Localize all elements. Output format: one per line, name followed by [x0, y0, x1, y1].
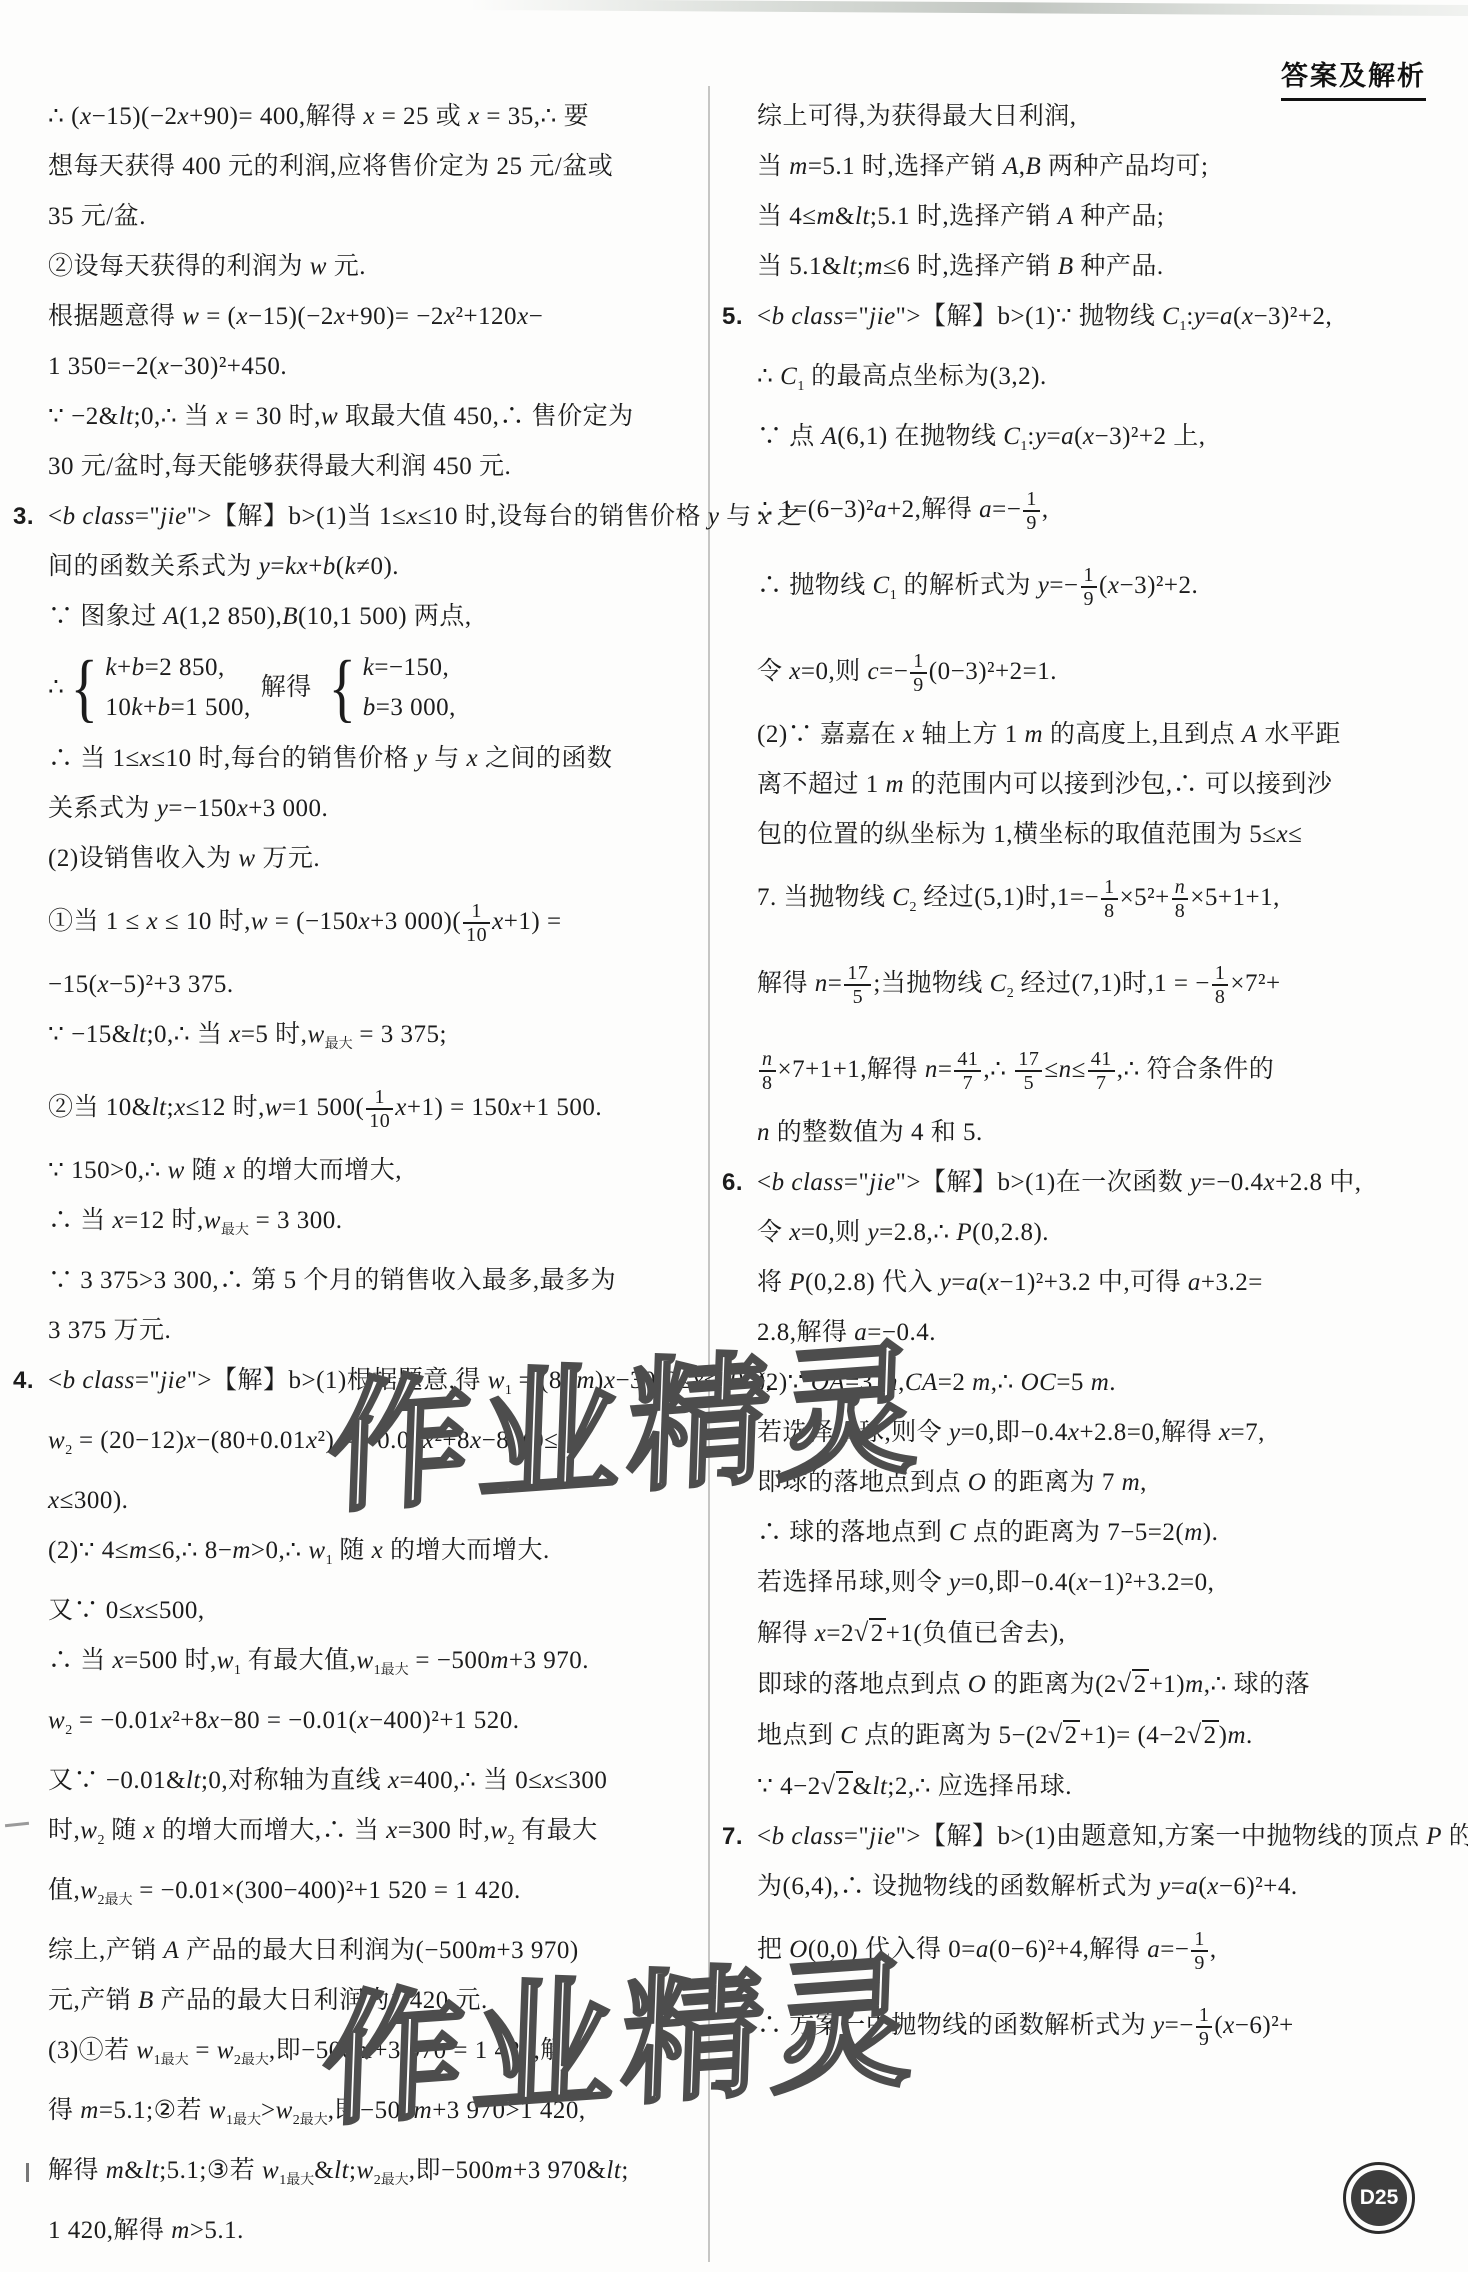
text-line: 若选择吊球,则令 y=0,即−0.4(x−1)²+3.2=0,	[757, 1558, 1457, 1608]
text-line: 时,w2 随 x 的增大而增大,∴ 当 x=300 时,w2 有最大	[48, 1806, 709, 1866]
subscript: 1	[326, 1553, 333, 1568]
column-right: 综上可得,为获得最大日利润,当 m=5.1 时,选择产销 A,B 两种产品均可;…	[723, 0, 1457, 2064]
text-line: 将 P(0,2.8) 代入 y=a(x−1)²+3.2 中,可得 a+3.2=	[757, 1258, 1457, 1308]
sqrt: √2	[1117, 1671, 1149, 1698]
brace: {	[71, 650, 99, 726]
subscript: 1最大	[226, 2113, 261, 2128]
fraction: 110	[463, 900, 490, 946]
subscript: 2最大	[97, 1893, 132, 1908]
fraction: 18	[1212, 962, 1229, 1008]
text-line: 间的函数关系式为 y=kx+b(k≠0).	[48, 542, 709, 592]
text-line: 令 x=0,则 c=−19(0−3)²+2=1.	[757, 634, 1457, 710]
fraction: 175	[844, 962, 871, 1008]
text-line: 1 350=−2(x−30)²+450.	[48, 342, 709, 392]
text-line: ∴ 球的落地点到 C 点的距离为 7−5=2(m).	[757, 1508, 1457, 1558]
hanging-number: 3.	[13, 492, 48, 542]
text-line: (2)设销售收入为 w 万元.	[48, 834, 709, 884]
text-line: 即球的落地点到点 O 的距离为(2√2+1)m,∴ 球的落	[757, 1659, 1457, 1710]
text-line: 离不超过 1 m 的范围内可以接到沙包,∴ 可以接到沙	[757, 760, 1457, 810]
text-line: ∴ 当 1≤x≤10 时,每台的销售价格 y 与 x 之间的函数	[48, 734, 709, 784]
column-left: ∴ (x−15)(−2x+90)= 400,解得 x = 25 或 x = 35…	[13, 0, 709, 2256]
text-line: 1 420,解得 m>5.1.	[48, 2206, 709, 2256]
subscript: 2	[65, 1723, 72, 1738]
text-line: ∵ 3 375>3 300,∴ 第 5 个月的销售收入最多,最多为	[48, 1256, 709, 1306]
text-line: 为(6,4),∴ 设抛物线的函数解析式为 y=a(x−6)²+4.	[757, 1862, 1457, 1912]
subscript: 1	[234, 1663, 241, 1678]
text-line: 7.<b class="jie">【解】b>(1)由题意知,方案一中抛物线的顶点…	[757, 1812, 1457, 1862]
hanging-number: 7.	[722, 1812, 757, 1862]
text-line: 当 m=5.1 时,选择产销 A,B 两种产品均可;	[757, 142, 1457, 192]
text-line: 解得 n=175;当抛物线 C2 经过(7,1)时,1 = −18×7²+	[757, 946, 1457, 1032]
margin-mark-bar	[26, 2163, 29, 2182]
text-line: 解得 m&lt;5.1;③若 w1最大&lt;w2最大,即−500m+3 970…	[48, 2146, 709, 2206]
text-line: ∴ C1 的最高点坐标为(3,2).	[757, 352, 1457, 412]
text-line: ∵ 图象过 A(1,2 850),B(10,1 500) 两点,	[48, 592, 709, 642]
text-line: ∵ −15&lt;0,∴ 当 x=5 时,w最大 = 3 375;	[48, 1010, 709, 1070]
text-line: ∵ 150>0,∴ w 随 x 的增大而增大,	[48, 1146, 709, 1196]
subscript: 2	[65, 1443, 72, 1458]
text-line: ∴ 当 x=12 时,w最大 = 3 300.	[48, 1196, 709, 1256]
subscript: 1	[797, 379, 804, 394]
subscript: 1	[1020, 439, 1027, 454]
sqrt: √2	[821, 1773, 853, 1800]
text-line: ①当 1 ≤ x ≤ 10 时,w = (−150x+3 000)(110x+1…	[48, 884, 709, 960]
fraction: 18	[1101, 876, 1118, 922]
text-line: n 的整数值为 4 和 5.	[757, 1108, 1457, 1158]
text-line: 7. 当抛物线 C2 经过(5,1)时,1=−18×5²+n8×5+1+1,	[757, 860, 1457, 946]
text-line: n8×7+1+1,解得 n=417,∴ 175≤n≤417,∴ 符合条件的	[757, 1032, 1457, 1108]
sqrt: √2	[1048, 1722, 1080, 1749]
text-line: 当 4≤m&lt;5.1 时,选择产销 A 种产品;	[757, 192, 1457, 242]
text-line: ∵ −2&lt;0,∴ 当 x = 30 时,w 取最大值 450,∴ 售价定为	[48, 392, 709, 442]
text-line: 根据题意得 w = (x−15)(−2x+90)= −2x²+120x−	[48, 292, 709, 342]
text-line: 解得 x=2√2+1(负值已舍去),	[757, 1608, 1457, 1659]
sqrt: √2	[854, 1620, 886, 1647]
text-line: (2)∵ 4≤m≤6,∴ 8−m>0,∴ w1 随 x 的增大而增大.	[48, 1526, 709, 1586]
text-line: 又∵ 0≤x≤500,	[48, 1586, 709, 1636]
text-line: ∵ 4−2√2&lt;2,∴ 应选择吊球.	[757, 1761, 1457, 1812]
subscript: 1最大	[279, 2173, 314, 2188]
subscript: 1	[1179, 319, 1186, 334]
text-line: w2 = −0.01x²+8x−80 = −0.01(x−400)²+1 520…	[48, 1696, 709, 1756]
subscript: 2	[1007, 986, 1014, 1001]
text-line: 包的位置的纵坐标为 1,横坐标的取值范围为 5≤x≤	[757, 810, 1457, 860]
text-line: 当 5.1&lt;m≤6 时,选择产销 B 种产品.	[757, 242, 1457, 292]
hanging-number: 5.	[722, 292, 757, 342]
scanned-answer-page: 答案及解析 ∴ (x−15)(−2x+90)= 400,解得 x = 25 或 …	[0, 0, 1468, 2272]
equation-system-line: ∴{k+b=2 850,10k+b=1 500,解得{k=−150,b=3 00…	[48, 642, 709, 734]
text-line: 关系式为 y=−150x+3 000.	[48, 784, 709, 834]
subscript: 1最大	[154, 2053, 189, 2068]
brace: {	[328, 650, 356, 726]
text-line: 想每天获得 400 元的利润,应将售价定为 25 元/盆或	[48, 142, 709, 192]
text-line: ∵ 点 A(6,1) 在抛物线 C1:y=a(x−3)²+2 上,	[757, 412, 1457, 472]
text-line: 35 元/盆.	[48, 192, 709, 242]
page-number-label: D25	[1360, 2186, 1399, 2210]
text-line: (2)∵ 嘉嘉在 x 轴上方 1 m 的高度上,且到点 A 水平距	[757, 710, 1457, 760]
text-line: ②设每天获得的利润为 w 元.	[48, 242, 709, 292]
fraction: 19	[1023, 488, 1040, 534]
page-number-badge: D25	[1343, 2162, 1415, 2234]
text-line: ∴ 当 x=500 时,w1 有最大值,w1最大 = −500m+3 970.	[48, 1636, 709, 1696]
page-number-badge-circle: D25	[1351, 2170, 1407, 2226]
fraction: 19	[1081, 564, 1098, 610]
subscript: 最大	[325, 1037, 353, 1052]
text-line: 值,w2最大 = −0.01×(300−400)²+1 520 = 1 420.	[48, 1866, 709, 1926]
hanging-number: 4.	[13, 1356, 48, 1406]
fraction: 417	[1088, 1048, 1115, 1094]
text-line: 又∵ −0.01&lt;0,对称轴为直线 x=400,∴ 当 0≤x≤300	[48, 1756, 709, 1806]
text-line: 3.<b class="jie">【解】b>(1)当 1≤x≤10 时,设每台的…	[48, 492, 709, 542]
text-line: ②当 10&lt;x≤12 时,w=1 500(110x+1) = 150x+1…	[48, 1070, 709, 1146]
text-line: 30 元/盆时,每天能够获得最大利润 450 元.	[48, 442, 709, 492]
text-line: −15(x−5)²+3 375.	[48, 960, 709, 1010]
subscript: 1	[890, 588, 897, 603]
text-line: 地点到 C 点的距离为 5−(2√2+1)= (4−2√2)m.	[757, 1710, 1457, 1761]
subscript: 2	[508, 1833, 515, 1848]
text-line: 6.<b class="jie">【解】b>(1)在一次函数 y=−0.4x+2…	[757, 1158, 1457, 1208]
subscript: 1最大	[374, 1663, 409, 1678]
fraction: 417	[954, 1048, 981, 1094]
fraction: n8	[759, 1048, 776, 1094]
fraction: 19	[1191, 1928, 1208, 1974]
text-line: 令 x=0,则 y=2.8,∴ P(0,2.8).	[757, 1208, 1457, 1258]
text-line: ∴ (x−15)(−2x+90)= 400,解得 x = 25 或 x = 35…	[48, 92, 709, 142]
fraction: n8	[1172, 876, 1189, 922]
sqrt: √2	[1187, 1722, 1219, 1749]
subscript: 2最大	[234, 2053, 269, 2068]
subscript: 2	[97, 1833, 104, 1848]
text-line: ∴ 抛物线 C1 的解析式为 y=−19(x−3)²+2.	[757, 548, 1457, 634]
text-line: ∴ 1=(6−3)²a+2,解得 a=−19,	[757, 472, 1457, 548]
text-line: 综上可得,为获得最大日利润,	[757, 92, 1457, 142]
subscript: 2最大	[374, 2173, 409, 2188]
hanging-number: 6.	[722, 1158, 757, 1208]
fraction: 19	[910, 650, 927, 696]
subscript: 2	[909, 900, 916, 915]
text-line: 5.<b class="jie">【解】b>(1)∵ 抛物线 C1:y=a(x−…	[757, 292, 1457, 352]
subscript: 最大	[221, 1223, 249, 1238]
fraction: 175	[1015, 1048, 1042, 1094]
fraction: 110	[366, 1086, 393, 1132]
fraction: 19	[1196, 2004, 1213, 2050]
